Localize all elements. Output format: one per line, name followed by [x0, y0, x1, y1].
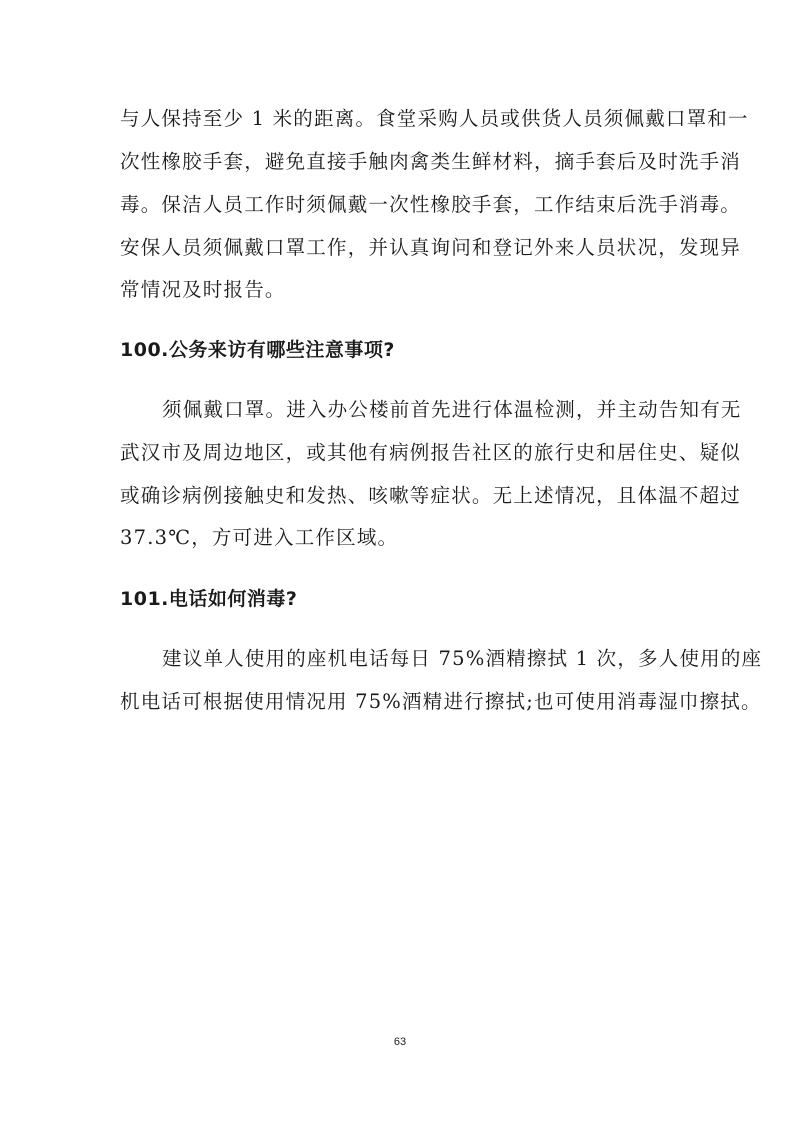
paragraph-line: 次性橡胶手套，避免直接手触肉禽类生鲜材料，摘手套后及时洗手消 — [120, 150, 741, 174]
section-heading: 100.公务来访有哪些注意事项? — [120, 338, 395, 362]
paragraph-line: 常情况及时报告。 — [120, 278, 286, 302]
paragraph-line: 武汉市及周边地区，或其他有病例报告社区的旅行史和居住史、疑似 — [120, 441, 741, 465]
page-number: 63 — [0, 1036, 800, 1048]
paragraph-line: 或确诊病例接触史和发热、咳嗽等症状。无上述情况，且体温不超过 — [120, 484, 741, 508]
paragraph-line: 须佩戴口罩。进入办公楼前首先进行体温检测，并主动告知有无 — [162, 398, 742, 422]
paragraph-line: 安保人员须佩戴口罩工作，并认真询问和登记外来人员状况，发现异 — [120, 236, 741, 260]
paragraph-line: 机电话可根据使用情况用 75%酒精进行擦拭;也可使用消毒湿巾擦拭。 — [120, 690, 762, 714]
paragraph-line: 37.3℃，方可进入工作区域。 — [120, 526, 398, 550]
paragraph-line: 与人保持至少 1 米的距离。食堂采购人员或供货人员须佩戴口罩和一 — [120, 107, 749, 131]
section-heading: 101.电话如何消毒? — [120, 587, 297, 611]
paragraph-line: 建议单人使用的座机电话每日 75%酒精擦拭 1 次，多人使用的座 — [162, 647, 762, 671]
paragraph-line: 毒。保洁人员工作时须佩戴一次性橡胶手套，工作结束后洗手消毒。 — [120, 193, 741, 217]
